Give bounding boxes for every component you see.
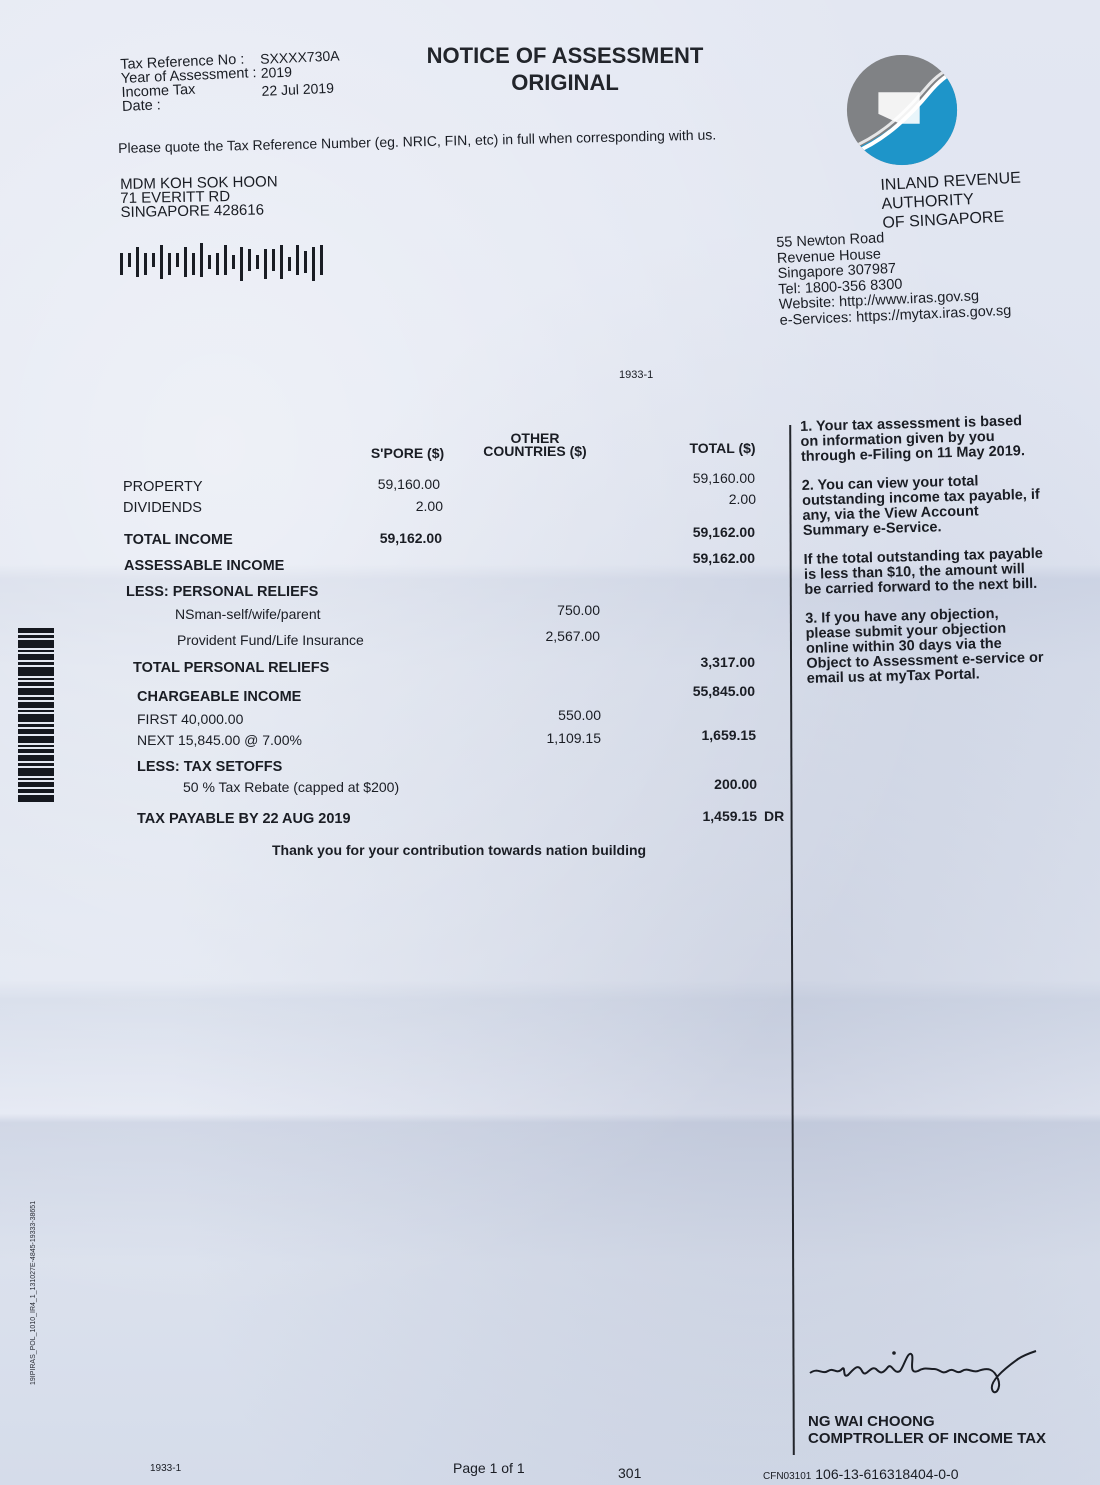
side-print-code: 19IPIRAS_POL_1010_IR4_1_131027E-4845-193… — [30, 1201, 37, 1385]
notes-panel: 1. Your tax assessment is based on infor… — [800, 414, 1047, 701]
title-line-1: NOTICE OF ASSESSMENT — [410, 42, 720, 69]
title-line-2: ORIGINAL — [410, 69, 720, 96]
note-1: 1. Your tax assessment is based on infor… — [800, 414, 1041, 465]
tax-payable-total: 1,459.15 — [655, 808, 757, 824]
iras-logo-icon — [843, 54, 961, 166]
postal-barcode — [120, 240, 323, 280]
cfn-reference: CFN03101 106-13-616318404-0-0 — [763, 1466, 958, 1482]
total-reliefs-total: 3,317.00 — [655, 654, 755, 670]
note-2: 2. You can view your total outstanding i… — [802, 473, 1043, 539]
ya-value: 2019 — [260, 65, 292, 80]
col-header-other: OTHER COUNTRIES ($) — [470, 432, 600, 458]
total-income-spore: 59,162.00 — [340, 530, 442, 546]
less-setoffs-label: LESS: TAX SETOFFS — [137, 759, 282, 775]
rebate-total: 200.00 — [655, 776, 757, 792]
signatory-block: NG WAI CHOONG COMPTROLLER OF INCOME TAX — [808, 1413, 1046, 1447]
cpf-amount: 2,567.00 — [500, 628, 600, 644]
cpf-label: Provident Fund/Life Insurance — [177, 632, 364, 648]
dividends-total: 2.00 — [655, 491, 756, 507]
col-header-spore: S'PORE ($) — [360, 447, 455, 460]
chargeable-income-label: CHARGEABLE INCOME — [137, 689, 301, 705]
tax-payable-dr: DR — [764, 808, 784, 824]
next-band-total: 1,659.15 — [655, 727, 756, 743]
assessable-income-label: ASSESSABLE INCOME — [124, 558, 284, 574]
note-3: 3. If you have any objection, please sub… — [805, 606, 1047, 687]
signatory-title: COMPTROLLER OF INCOME TAX — [808, 1430, 1046, 1447]
first-band-label: FIRST 40,000.00 — [137, 711, 243, 727]
chargeable-income-total: 55,845.00 — [655, 683, 755, 699]
form-code: 1933-1 — [619, 369, 653, 381]
col-header-other-2: COUNTRIES ($) — [470, 445, 600, 458]
thanks-message: Thank you for your contribution towards … — [272, 842, 646, 858]
page-indicator: Page 1 of 1 — [453, 1460, 525, 1476]
addressee-block: MDM KOH SOK HOON 71 EVERITT RD SINGAPORE… — [120, 175, 278, 220]
col-header-total: TOTAL ($) — [680, 442, 765, 455]
note-2b: If the total outstanding tax payable is … — [803, 547, 1044, 598]
signatory-name: NG WAI CHOONG — [808, 1413, 1046, 1430]
authority-name: INLAND REVENUE AUTHORITY OF SINGAPORE — [880, 169, 1023, 233]
less-reliefs-label: LESS: PERSONAL RELIEFS — [126, 584, 318, 600]
cfn-number: 106-13-616318404-0-0 — [815, 1466, 958, 1482]
nsman-amount: 750.00 — [500, 602, 600, 618]
rebate-label: 50 % Tax Rebate (capped at $200) — [183, 779, 399, 795]
signature-icon — [808, 1345, 1038, 1405]
dividends-label: DIVIDENDS — [123, 500, 202, 516]
property-total: 59,160.00 — [655, 470, 755, 486]
total-reliefs-label: TOTAL PERSONAL RELIEFS — [133, 660, 329, 676]
total-income-label: TOTAL INCOME — [124, 532, 233, 548]
next-band-amount: 1,109.15 — [500, 730, 601, 746]
dividends-spore: 2.00 — [340, 498, 443, 514]
authority-contact: 55 Newton Road Revenue House Singapore 3… — [776, 226, 1012, 329]
next-band-label: NEXT 15,845.00 @ 7.00% — [137, 732, 302, 748]
batch-number: 301 — [618, 1465, 641, 1481]
tax-ref-value: SXXXX730A — [260, 48, 340, 65]
footer-form-code: 1933-1 — [150, 1463, 181, 1474]
assessable-income-total: 59,162.00 — [655, 550, 755, 566]
document-title: NOTICE OF ASSESSMENT ORIGINAL — [410, 42, 720, 96]
first-band-amount: 550.00 — [500, 707, 601, 723]
property-spore: 59,160.00 — [340, 476, 440, 492]
addressee-city: SINGAPORE 428616 — [120, 203, 278, 220]
reference-block: Tax Reference No :SXXXX730A Year of Asse… — [120, 48, 342, 114]
side-barcode — [18, 628, 58, 838]
total-income-total: 59,162.00 — [655, 524, 755, 540]
nsman-label: NSman-self/wife/parent — [175, 606, 321, 622]
date-value: 22 Jul 2019 — [261, 81, 334, 98]
property-label: PROPERTY — [123, 479, 203, 495]
tax-payable-label: TAX PAYABLE BY 22 AUG 2019 — [137, 811, 351, 827]
cfn-prefix: CFN03101 — [763, 1471, 811, 1482]
